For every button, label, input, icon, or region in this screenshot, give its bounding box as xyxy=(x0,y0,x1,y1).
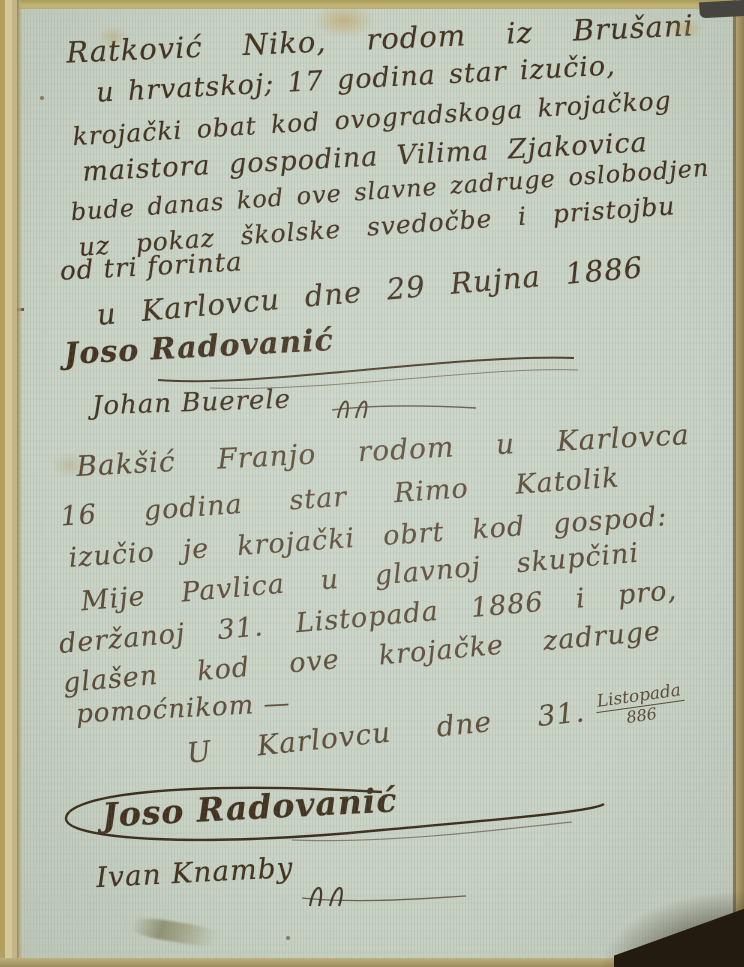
book-edge-left xyxy=(0,0,17,967)
signature-tt-flourish xyxy=(330,388,480,424)
entry2-date-fraction: Listopada 886 xyxy=(594,682,687,730)
ink-smudge xyxy=(127,915,225,950)
book-edge-top xyxy=(0,0,744,9)
paper-speck xyxy=(40,96,44,100)
entry2-signature-1: Joso Radovanić xyxy=(101,780,398,834)
page-fold-line xyxy=(17,0,22,967)
entry1-signature-2: Johan Buerele xyxy=(92,385,292,422)
book-edge-right xyxy=(736,0,744,967)
dark-corner-top-right xyxy=(699,0,744,18)
paper-speck xyxy=(286,936,290,940)
signature-tt-flourish-2 xyxy=(300,874,470,914)
entry2-signature-2: Ivan Knamby xyxy=(95,851,294,894)
manuscript-page: Ratković Niko, rodom iz Brušani u hrvats… xyxy=(0,0,744,967)
